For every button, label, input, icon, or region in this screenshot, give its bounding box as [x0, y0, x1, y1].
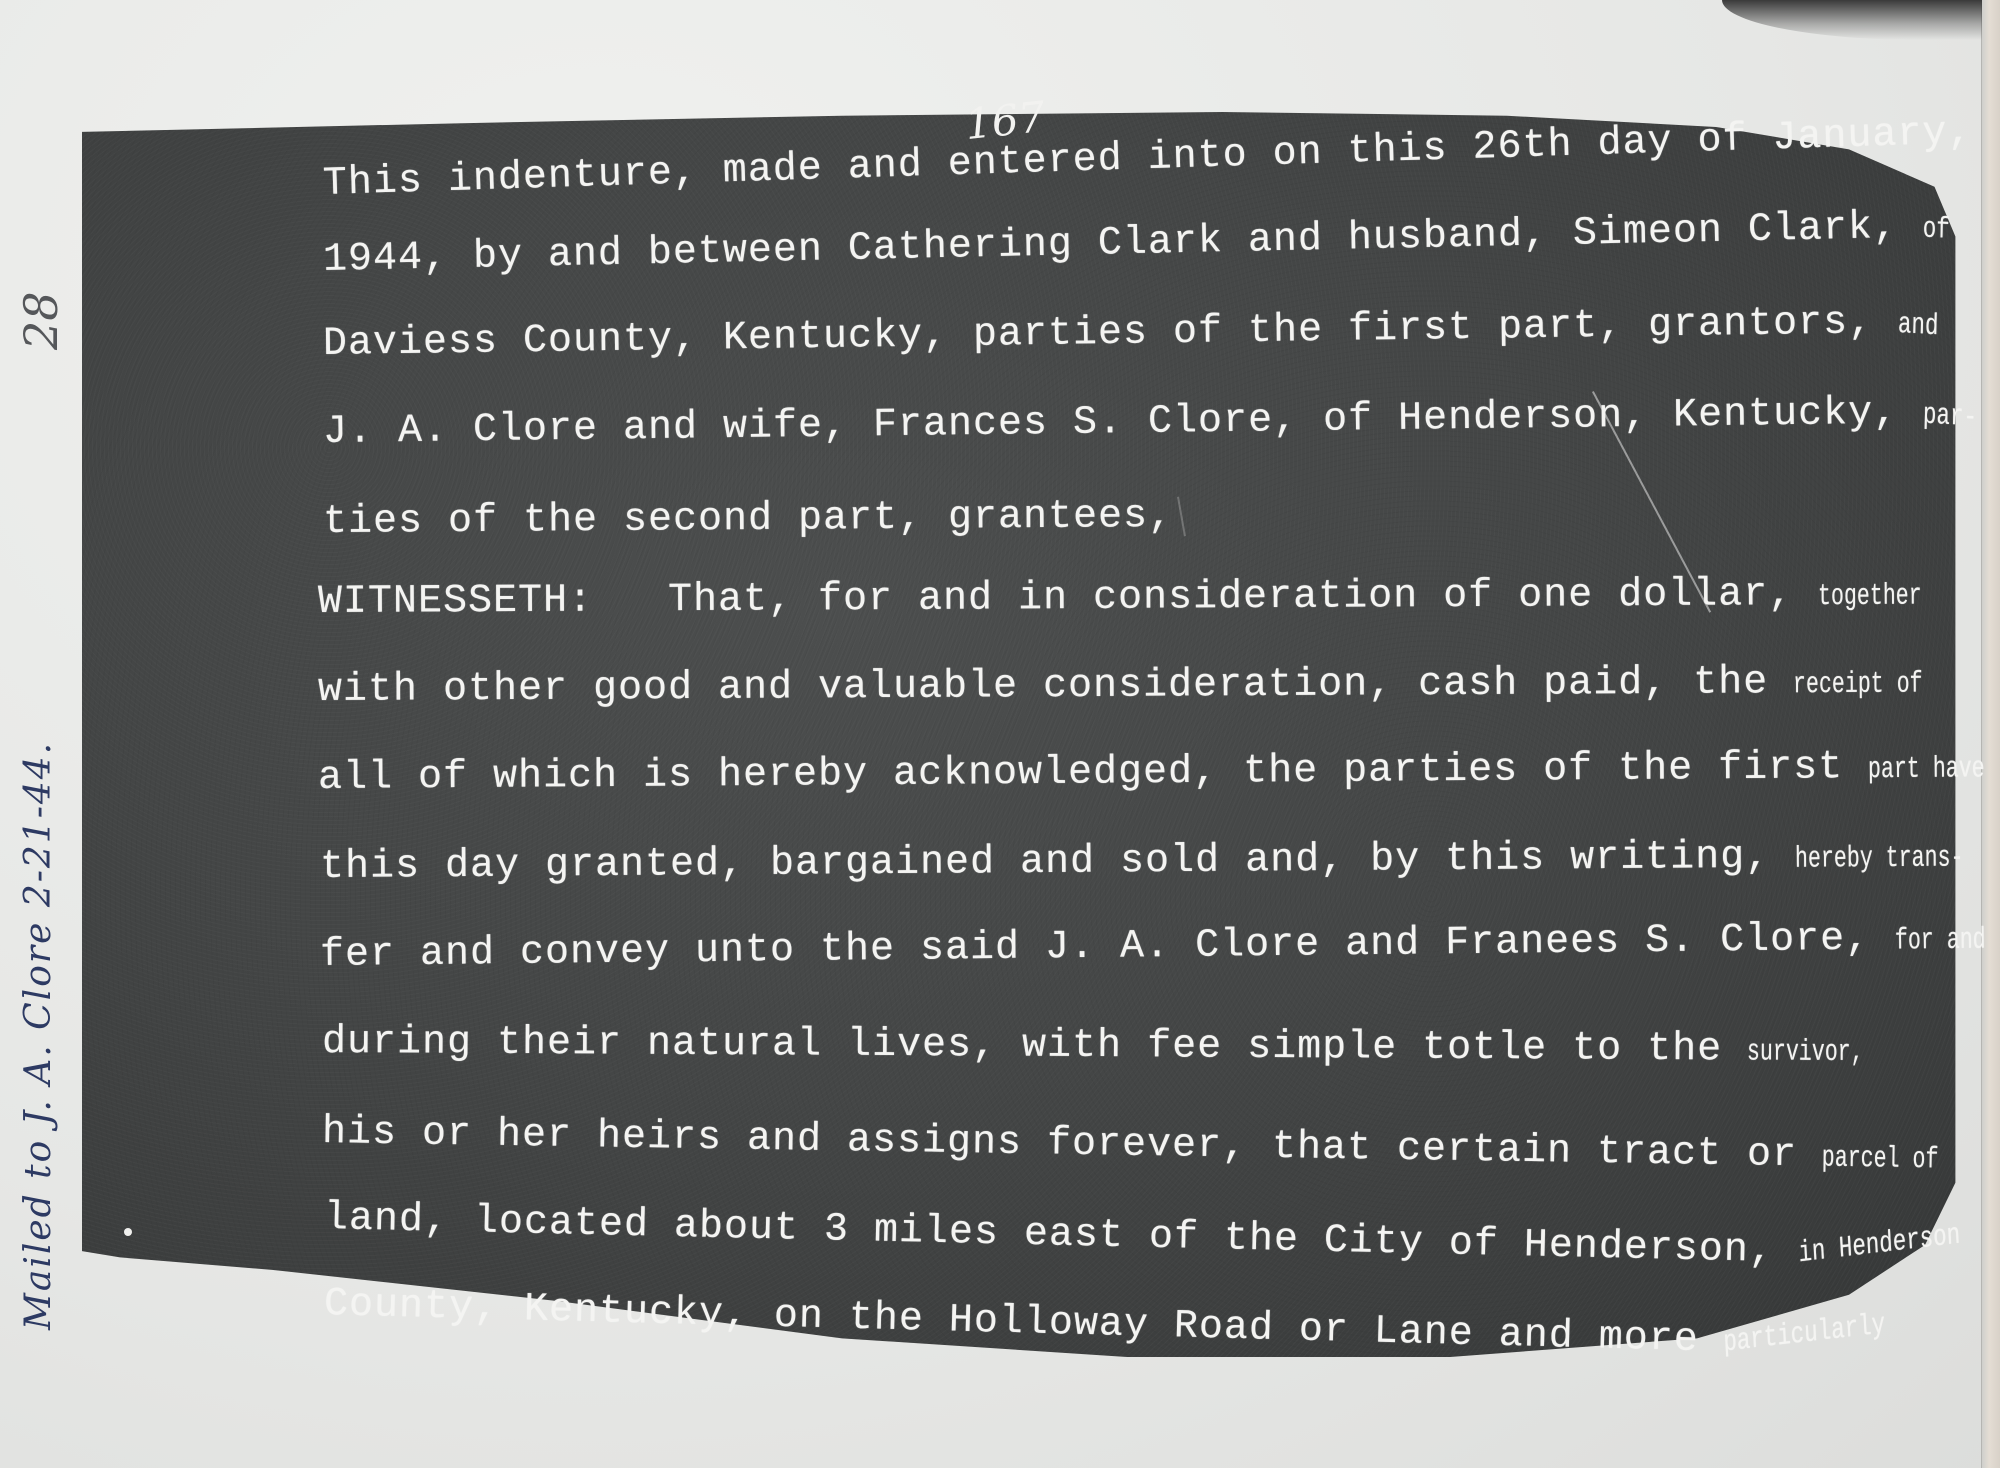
- line-tail-text: of: [1923, 212, 1951, 247]
- line-tail-text: part have: [1868, 752, 1985, 787]
- bullet-mark: [124, 1228, 132, 1236]
- deed-text-line: with other good and valuable considerati…: [318, 659, 1973, 713]
- line-main-text: during their natural lives, with fee sim…: [322, 1020, 1722, 1072]
- line-main-text: ties of the second part, grantees,: [323, 494, 1173, 545]
- line-tail-text: and: [1898, 308, 1939, 344]
- line-tail-text: hereby trans-: [1795, 842, 1964, 877]
- line-tail-text: par-: [1923, 398, 1978, 435]
- line-main-text: with other good and valuable considerati…: [318, 660, 1768, 713]
- line-tail-text: parcel of: [1822, 1142, 1939, 1178]
- deed-text-line: ties of the second part, grantees,: [323, 494, 1173, 545]
- deed-text-line: during their natural lives, with fee sim…: [322, 1020, 1909, 1073]
- line-tail-text: together: [1818, 580, 1922, 615]
- line-tail-text: for and: [1895, 924, 1986, 959]
- line-main-text: WITNESSETH: That, for and in considerati…: [318, 572, 1793, 625]
- line-tail-text: receipt of: [1793, 668, 1923, 703]
- margin-handwritten-number: 28: [14, 291, 68, 350]
- line-tail-text: survivor,: [1747, 1035, 1864, 1070]
- deed-text-line: WITNESSETH: That, for and in considerati…: [318, 571, 1962, 625]
- scratch-mark: [1177, 497, 1186, 537]
- margin-mailed-note: Mailed to J. A. Clore 2-21-44.: [18, 741, 59, 1330]
